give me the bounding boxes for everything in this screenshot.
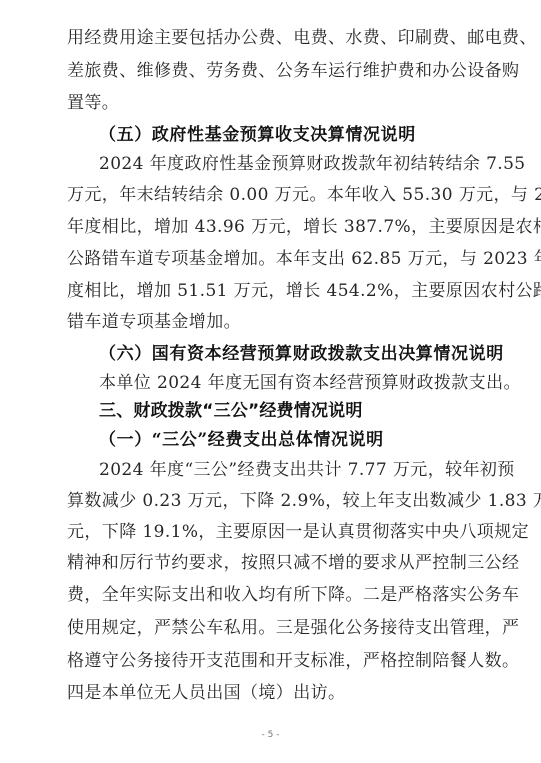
body-text-line: 算数减少 0.23 万元，下降 2.9%，较上年支出数减少 1.83 万	[67, 491, 481, 511]
body-text-line: 差旅费、维修费、劳务费、公务车运行维护费和办公设备购	[67, 61, 481, 81]
body-text-line: 2024 年度政府性基金预算财政拨款年初结转结余 7.55	[99, 154, 481, 174]
body-text-line: 精神和厉行节约要求，按照只减不增的要求从严控制三公经	[67, 553, 481, 573]
body-text-line: 年度相比，增加 43.96 万元，增长 387.7%，主要原因是农村	[67, 217, 481, 237]
section-heading-government-fund: （五）政府性基金预算收支决算情况说明	[99, 125, 481, 145]
body-text-line: 使用规定，严禁公车私用。三是强化公务接待支出管理，严	[67, 618, 481, 638]
document-page: 用经费用途主要包括办公费、电费、水费、印刷费、邮电费、 差旅费、维修费、劳务费、…	[0, 0, 541, 763]
body-text-line: 四是本单位无人员出国（境）出访。	[67, 683, 481, 703]
body-text-line: 公路错车道专项基金增加。本年支出 62.85 万元，与 2023 年	[67, 249, 481, 269]
section-heading-state-capital: （六）国有资本经营预算财政拨款支出决算情况说明	[99, 344, 481, 364]
chapter-heading-three-public-expenses: 三、财政拨款“三公”经费情况说明	[99, 401, 481, 421]
body-text-line: 费，全年实际支出和收入均有所下降。二是严格落实公务车	[67, 585, 481, 605]
subsection-heading-overall-expenses: （一）“三公”经费支出总体情况说明	[99, 430, 481, 450]
body-text-line: 2024 年度“三公”经费支出共计 7.77 万元，较年初预	[99, 460, 481, 480]
page-number: - 5 -	[0, 730, 541, 740]
body-text-line: 用经费用途主要包括办公费、电费、水费、印刷费、邮电费、	[67, 28, 481, 48]
body-text-line: 度相比，增加 51.51 万元，增长 454.2%，主要原因农村公路	[67, 281, 481, 301]
body-text-line: 置等。	[67, 93, 481, 113]
body-text-line: 错车道专项基金增加。	[67, 312, 481, 332]
body-text-line: 万元，年末结转结余 0.00 万元。本年收入 55.30 万元，与 2023	[67, 185, 481, 205]
body-text-line: 元，下降 19.1%，主要原因一是认真贯彻落实中央八项规定	[67, 522, 481, 542]
body-text-line: 格遵守公务接待开支范围和开支标准，严格控制陪餐人数。	[67, 651, 481, 671]
body-text-line: 本单位 2024 年度无国有资本经营预算财政拨款支出。	[99, 373, 481, 393]
